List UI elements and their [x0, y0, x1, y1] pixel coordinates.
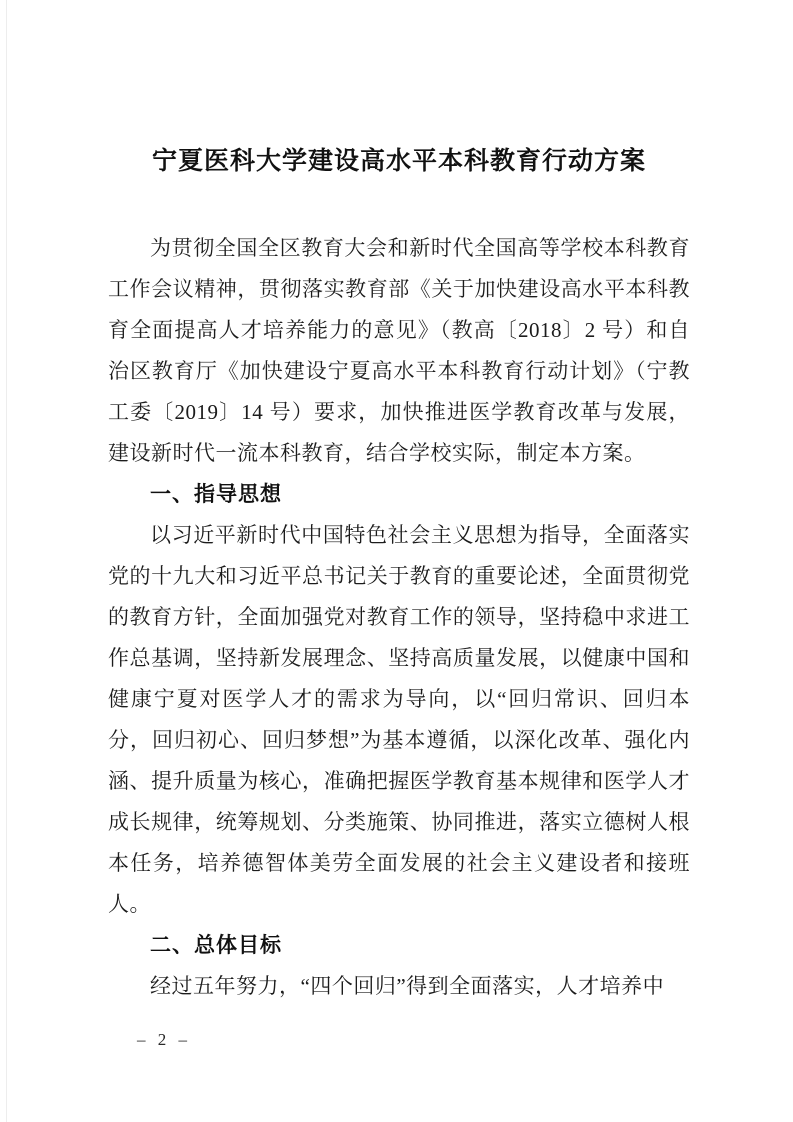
document-content: 宁夏医科大学建设高水平本科教育行动方案 为贯彻全国全区教育大会和新时代全国高等学… — [108, 146, 690, 1007]
section-heading-overall-goal: 二、总体目标 — [108, 925, 690, 966]
document-page: 宁夏医科大学建设高水平本科教育行动方案 为贯彻全国全区教育大会和新时代全国高等学… — [0, 0, 793, 1122]
paragraph-intro: 为贯彻全国全区教育大会和新时代全国高等学校本科教育工作会议精神，贯彻落实教育部《… — [108, 228, 690, 474]
section-heading-guiding-ideology: 一、指导思想 — [108, 474, 690, 515]
page-number: – 2 – — [137, 1028, 191, 1052]
scan-edge-artifact — [6, 0, 7, 1122]
document-title: 宁夏医科大学建设高水平本科教育行动方案 — [108, 146, 690, 178]
paragraph-overall-goal: 经过五年努力，“四个回归”得到全面落实，人才培养中 — [108, 966, 690, 1007]
paragraph-guiding-ideology: 以习近平新时代中国特色社会主义思想为指导，全面落实党的十九大和习近平总书记关于教… — [108, 515, 690, 925]
